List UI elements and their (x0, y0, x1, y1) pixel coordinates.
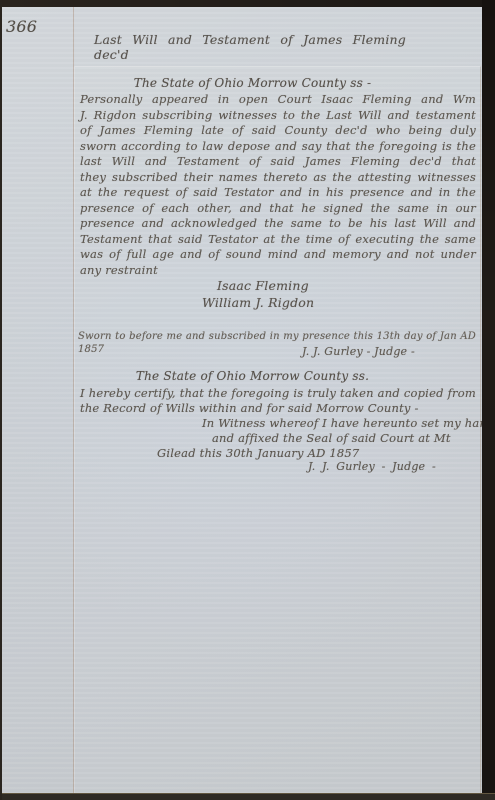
scan-edge-top (0, 0, 495, 7)
certificate-line: In Witness whereof I have hereunto set m… (202, 416, 495, 430)
attestation-line: last Will and Testament of said James Fl… (80, 154, 476, 170)
attestation-line: at the request of said Testator and in h… (80, 185, 476, 201)
certificate-line: Gilead this 30th January AD 1857 (157, 446, 359, 460)
page-number: 366 (6, 17, 37, 36)
certificate-line: the Record of Wills within and for said … (80, 401, 419, 415)
jurat-statement: Sworn to before me and subscribed in my … (78, 330, 476, 356)
attestation-heading: The State of Ohio Morrow County ss - (80, 76, 425, 90)
attestation-line: of James Fleming late of said County dec… (80, 123, 476, 139)
witness-signature-william-rigdon: William J. Rigdon (202, 295, 314, 310)
attestation-line: presence and acknowledged the same to be… (80, 216, 476, 232)
scanned-record-book-page: { "document": { "page_number": "366", "t… (0, 0, 495, 800)
book-page-paper: 366 Last Will and Testament of James Fle… (2, 7, 482, 794)
certificate-line: I hereby certify, that the foregoing is … (80, 386, 476, 400)
witness-signature-isaac-fleming: Isaac Fleming (217, 278, 309, 293)
attestation-line: J. Rigdon subscribing witnesses to the L… (80, 108, 476, 124)
certificate-heading: The State of Ohio Morrow County ss. (80, 369, 425, 383)
attestation-line: any restraint (80, 263, 476, 279)
attestation-line: Testament that said Testator at the time… (80, 232, 476, 248)
judge-signature-certificate: J. J. Gurley - Judge - (308, 460, 436, 473)
attestation-body: Personally appeared in open Court Isaac … (80, 92, 476, 278)
document-title: Last Will and Testament of James Fleming… (94, 32, 406, 62)
certificate-line: and affixed the Seal of said Court at Mt (212, 431, 451, 445)
attestation-line: they subscribed their names thereto as t… (80, 170, 476, 186)
attestation-line: sworn according to law depose and say th… (80, 139, 476, 155)
attestation-line: presence of each other, and that he sign… (80, 201, 476, 217)
scan-edge-bottom (0, 793, 495, 800)
scan-edge-left (0, 0, 2, 800)
attestation-line: was of full age and of sound mind and me… (80, 247, 476, 263)
judge-signature-jurat: J. J. Gurley - Judge - (302, 345, 415, 358)
attestation-line: Personally appeared in open Court Isaac … (80, 92, 476, 108)
scan-edge-right (482, 0, 495, 800)
